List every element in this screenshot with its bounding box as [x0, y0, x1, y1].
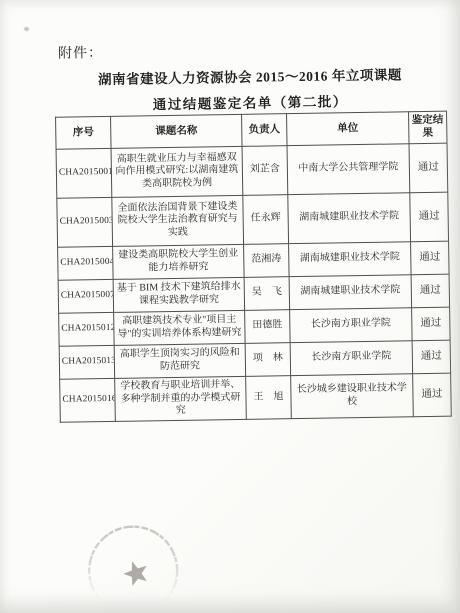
cell-project-title: 学校教育与职业培训并举、多种学制并重的办学模式研究 [115, 376, 247, 421]
cell-project-title: 全面依法治国背景下建设类院校大学生法治教育研究与实践 [112, 195, 244, 246]
table-row: CHA2015016 学校教育与职业培训并举、多种学制并重的办学模式研究 王 旭… [60, 373, 452, 423]
scan-speck [24, 27, 29, 31]
cell-project-title: 高职生就业压力与幸福感双向作用模式研究:以湖南建筑类高职院校为例 [111, 146, 243, 197]
official-seal-stamp [79, 511, 216, 613]
cell-leader: 刘芷含 [242, 146, 288, 196]
col-header-unit: 单位 [287, 112, 409, 146]
cell-project-title: 建设类高职院校大学生创业能力培养研究 [113, 244, 245, 279]
cell-result: 通过 [409, 143, 448, 193]
seal-star-icon [120, 557, 151, 587]
cell-project-no: CHA2015012 [59, 312, 115, 346]
cell-organization: 长沙南方职业学院 [290, 308, 413, 343]
cell-organization: 湖南城建职业技术学院 [289, 242, 412, 277]
cell-result: 通过 [411, 241, 450, 275]
cell-project-no: CHA2015007 [58, 279, 114, 313]
cell-leader: 田德胜 [245, 310, 291, 344]
col-header-seq-no: 序号 [56, 116, 111, 149]
results-table: 序号 课题名称 负责人 单位 鉴定结果 CHA2015001 高职生就业压力与幸… [55, 111, 452, 423]
cell-result: 通过 [412, 340, 451, 374]
table-row: CHA2015001 高职生就业压力与幸福感双向作用模式研究:以湖南建筑类高职院… [56, 143, 448, 198]
cell-project-title: 高职学生顶岗实习的风险和防范研究 [114, 343, 246, 378]
cell-project-no: CHA2015016 [60, 378, 116, 422]
col-header-result: 鉴定结果 [409, 111, 447, 143]
cell-result: 通过 [410, 192, 449, 242]
cell-leader: 范湘涛 [244, 244, 290, 278]
cell-organization: 湖南城建职业技术学院 [289, 275, 412, 310]
col-header-leader: 负责人 [242, 114, 287, 147]
cell-result: 通过 [411, 274, 450, 308]
document-title-line1: 湖南省建设人力资源协会 2015～2016 年立项课题 [54, 63, 445, 89]
cell-leader: 吴 飞 [244, 277, 290, 311]
cell-project-no: CHA2015003 [57, 197, 113, 247]
cell-project-no: CHA2015013 [59, 345, 115, 379]
cell-leader: 王 旭 [246, 376, 292, 420]
table-body: CHA2015001 高职生就业压力与幸福感双向作用模式研究:以湖南建筑类高职院… [56, 143, 451, 422]
cell-project-no: CHA2015004 [58, 246, 114, 280]
cell-result: 通过 [412, 307, 451, 341]
table-row: CHA2015003 全面依法治国背景下建设类院校大学生法治教育研究与实践 任永… [57, 192, 449, 247]
cell-project-title: 基于 BIM 技术下建筑给排水课程实践教学研究 [113, 277, 245, 312]
cell-leader: 项 林 [245, 343, 291, 377]
cell-organization: 中南大学公共管理学院 [287, 144, 410, 195]
cell-organization: 长沙城乡建设职业技术学校 [291, 374, 414, 419]
attachment-label: 附件： [58, 42, 103, 63]
cell-leader: 任永辉 [243, 195, 289, 245]
document-content: 附件： 湖南省建设人力资源协会 2015～2016 年立项课题 通过结题鉴定名单… [0, 0, 460, 613]
cell-organization: 湖南城建职业技术学院 [288, 193, 411, 244]
cell-result: 通过 [413, 373, 452, 417]
seal-graphic [79, 511, 216, 613]
cell-project-no: CHA2015001 [56, 148, 112, 198]
col-header-topic-name: 课题名称 [111, 114, 242, 148]
scanned-document-page: 附件： 湖南省建设人力资源协会 2015～2016 年立项课题 通过结题鉴定名单… [0, 0, 460, 613]
cell-project-title: 高职建筑技术专业"项目主导"的实训培养体系构建研究 [114, 310, 246, 345]
cell-organization: 长沙南方职业学院 [290, 341, 413, 376]
